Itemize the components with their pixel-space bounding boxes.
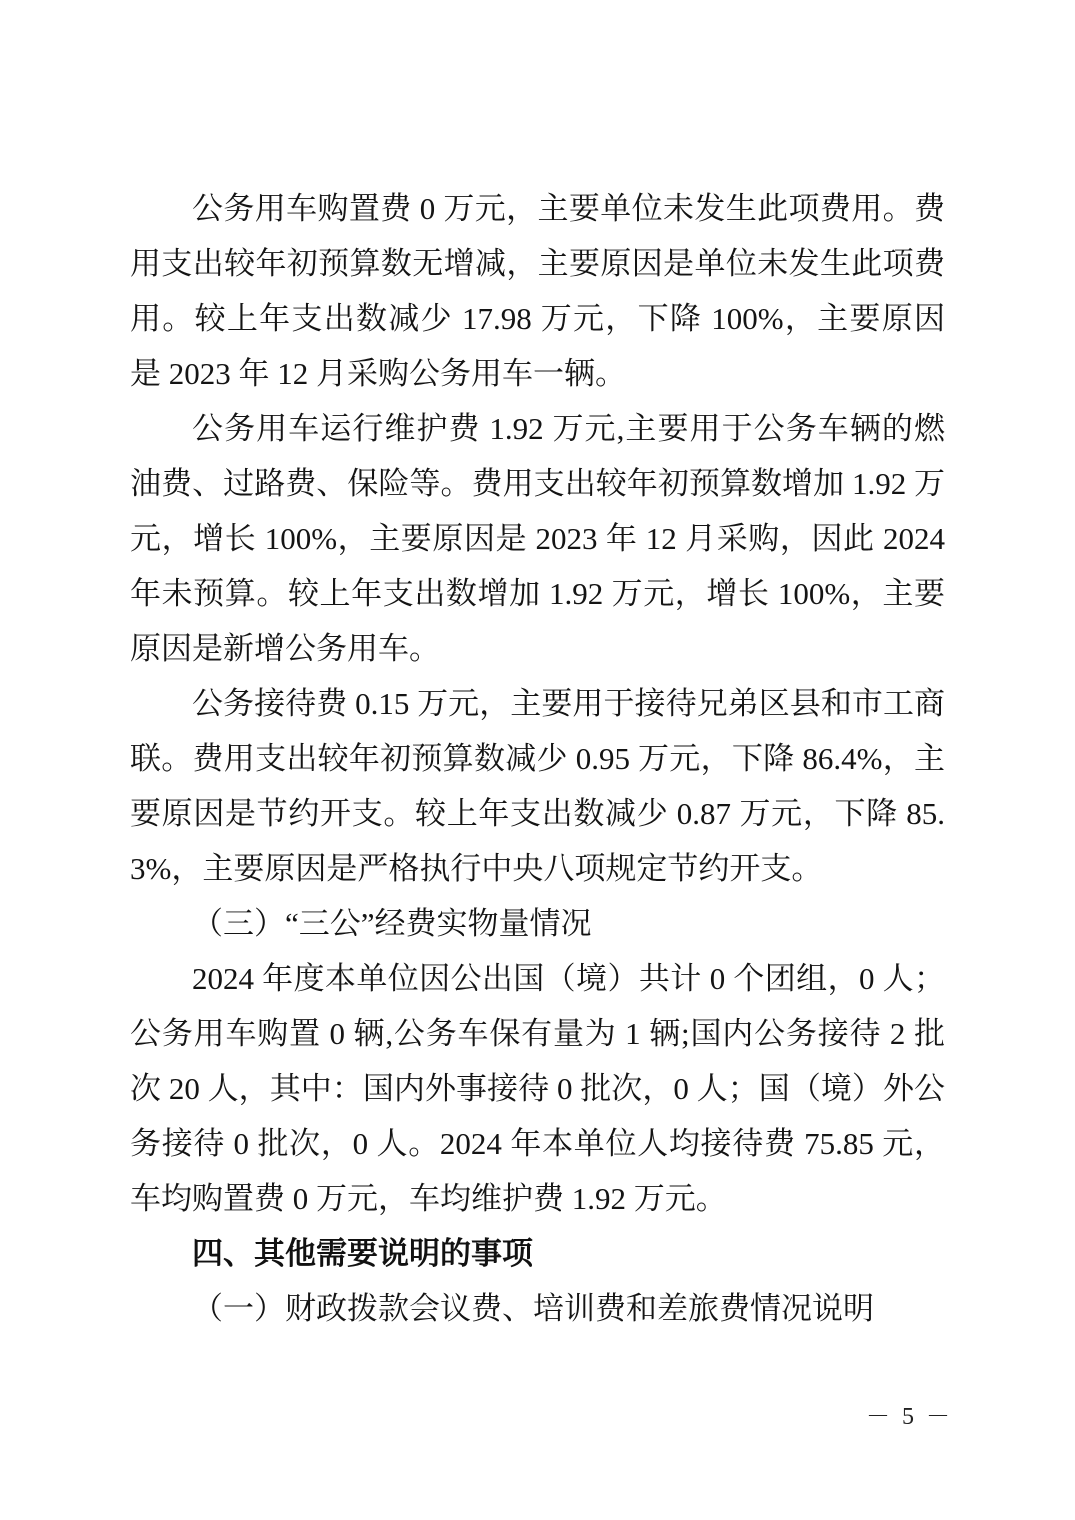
heading-other-matters: 四、其他需要说明的事项	[130, 1226, 945, 1281]
page-number: － 5 －	[866, 1402, 953, 1432]
paragraph-vehicle-maintenance-fee: 公务用车运行维护费 1.92 万元,主要用于公务车辆的燃油费、过路费、保险等。费…	[130, 401, 945, 676]
paragraph-physical-quantity-details: 2024 年度本单位因公出国（境）共计 0 个团组，0 人；公务用车购置 0 辆…	[130, 951, 945, 1226]
paragraph-vehicle-purchase-fee: 公务用车购置费 0 万元，主要单位未发生此项费用。费用支出较年初预算数无增减，主…	[130, 181, 945, 401]
document-page: 公务用车购置费 0 万元，主要单位未发生此项费用。费用支出较年初预算数无增减，主…	[0, 0, 1075, 1520]
subheading-meeting-training-travel-fees: （一）财政拨款会议费、培训费和差旅费情况说明	[130, 1281, 945, 1336]
subheading-three-public-physical-quantity: （三）“三公”经费实物量情况	[130, 896, 945, 951]
paragraph-official-reception-fee: 公务接待费 0.15 万元，主要用于接待兄弟区县和市工商联。费用支出较年初预算数…	[130, 676, 945, 896]
document-body: 公务用车购置费 0 万元，主要单位未发生此项费用。费用支出较年初预算数无增减，主…	[130, 181, 945, 1336]
